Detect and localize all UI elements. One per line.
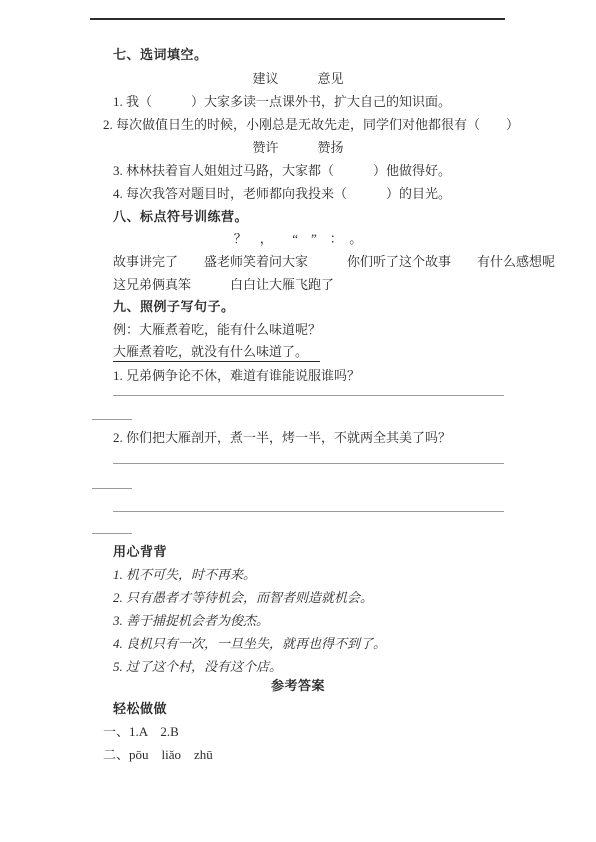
example-answer-underlined: 大雁煮着吃，就没有什么味道了。 <box>113 342 320 362</box>
answer-blank-2-line[interactable] <box>113 443 504 464</box>
answers-line-2: 二、pōu liǎo zhū <box>103 745 213 765</box>
page-top-rule <box>90 18 505 20</box>
answer-blank-1-line[interactable] <box>113 375 504 396</box>
answer-blank-1-stub[interactable] <box>92 399 132 420</box>
section-seven-item-1: 1. 我（ ）大家多读一点课外书，扩大自己的知识面。 <box>113 92 451 112</box>
answers-section-heading: 轻松做做 <box>113 699 167 719</box>
word-choices-2: 赞许 赞扬 <box>0 138 596 158</box>
answers-title: 参考答案 <box>0 676 596 696</box>
section-eight-sentence-1: 故事讲完了 盛老师笑着问大家 你们听了这个故事 有什么感想呢 <box>113 252 555 272</box>
section-eight-sentence-2: 这兄弟俩真笨 白白让大雁飞跑了 <box>113 275 334 295</box>
answer-blank-3-line[interactable] <box>113 491 504 512</box>
memorize-item-4: 4. 良机只有一次，一旦坐失，就再也得不到了。 <box>113 634 386 654</box>
memorize-item-1: 1. 机不可失，时不再来。 <box>113 565 256 585</box>
memorize-item-5: 5. 过了这个村，没有这个店。 <box>113 657 282 677</box>
word-choices-1: 建议 意见 <box>0 69 596 89</box>
memorize-item-2: 2. 只有愚者才等待机会，而智者则造就机会。 <box>113 588 373 608</box>
answers-line-1: 一、1.A 2.B <box>103 722 179 742</box>
worksheet-page: 七、选词填空。 建议 意见 1. 我（ ）大家多读一点课外书，扩大自己的知识面。… <box>0 0 596 842</box>
section-eight-heading: 八、标点符号训练营。 <box>113 207 248 227</box>
memorize-item-3: 3. 善于捕捉机会者为俊杰。 <box>113 611 269 631</box>
example-answer-row: 大雁煮着吃，就没有什么味道了。 <box>113 342 320 362</box>
section-seven-item-4: 4. 每次我答对题目时，老师都向我投来（ ）的目光。 <box>113 184 451 204</box>
example-question: 例：大雁煮着吃，能有什么味道呢？ <box>113 320 321 340</box>
section-seven-heading: 七、选词填空。 <box>113 45 208 65</box>
section-seven-item-2: 2. 每次做值日生的时候，小刚总是无故先走，同学们对他都很有（ ） <box>103 115 519 135</box>
memorize-heading: 用心背背 <box>113 542 167 562</box>
section-seven-item-3: 3. 林林扶着盲人姐姐过马路，大家都（ ）他做得好。 <box>113 161 451 181</box>
punctuation-marks-row: ？ ， “ ” ： 。 <box>0 229 596 249</box>
section-nine-heading: 九、照例子写句子。 <box>113 297 235 317</box>
answer-blank-3-stub[interactable] <box>92 513 132 534</box>
answer-blank-2-stub[interactable] <box>92 468 132 489</box>
